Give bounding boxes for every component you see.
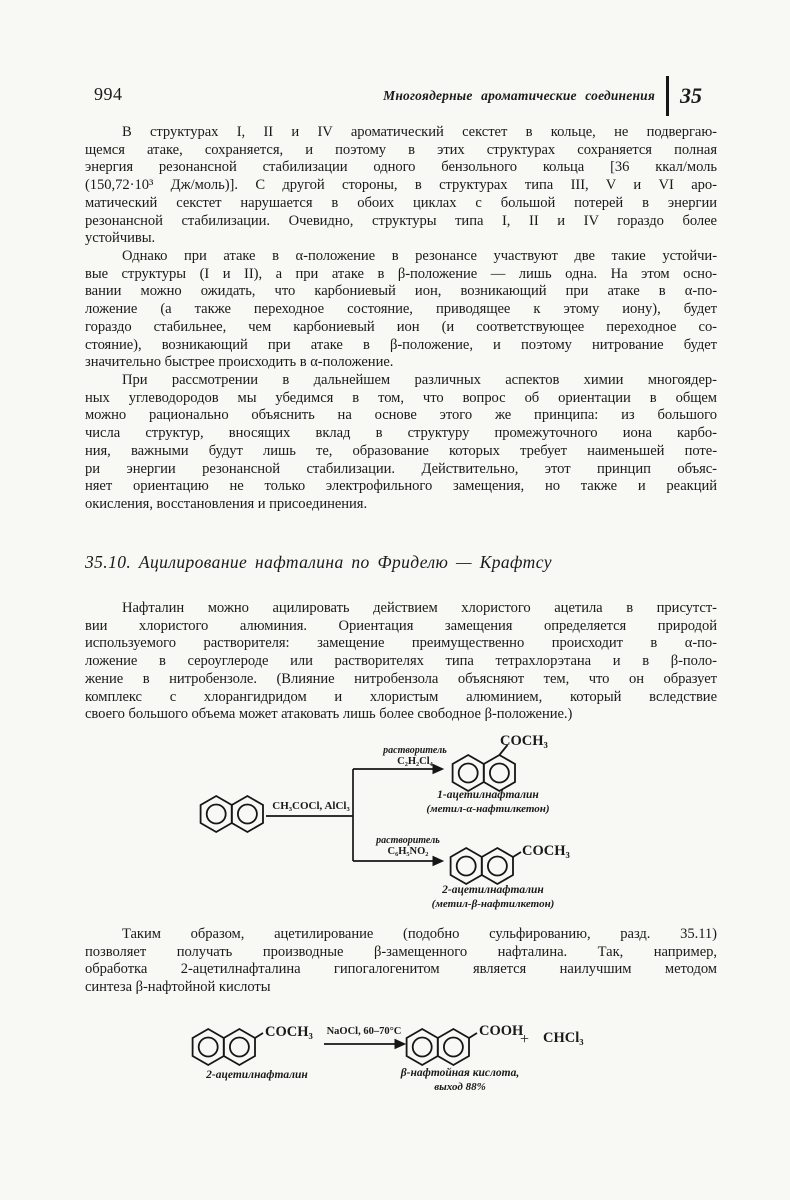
section-heading: 35.10. Ацилирование нафталина по Фриделю… (85, 552, 552, 573)
plus-sign: + (520, 1031, 529, 1049)
text-line: Таким образом, ацетилирование (подобно с… (85, 926, 717, 944)
product-name: 1-ацетилнафталин (418, 789, 558, 803)
running-head-title: Многоядерные ароматические соединения (383, 88, 655, 104)
solvent-label-bottom: растворитель C₆H₅NO₂ (365, 835, 451, 857)
text-line: При рассмотрении в дальнейшем различных … (85, 372, 717, 390)
text-line: энергия резонансной стабилизации одного … (85, 159, 717, 177)
substituent-formula: COCH₃ (500, 733, 548, 750)
text-line: обработка 2-ацетилнафталина гипогалогени… (85, 961, 717, 979)
text-line: Однако при атаке в α-положение в резонан… (85, 248, 717, 266)
running-head-divider (666, 76, 669, 116)
text-line: числа структур, вносящих вклад в структу… (85, 425, 717, 443)
reaction-arrow (322, 1030, 407, 1055)
text-line: вании можно ожидать, что карбониевый ион… (85, 283, 717, 301)
byproduct-formula: CHCl₃ (543, 1030, 584, 1047)
product-label-top: 1-ацетилнафталин (метил-α-нафтилкетон) (418, 789, 558, 816)
chapter-number: 35 (680, 83, 702, 109)
paragraph: Нафталин можно ацилировать действием хло… (85, 600, 717, 724)
substituent-formula: COCH₃ (522, 843, 570, 860)
text-line: окисления, восстановления и присоединени… (85, 496, 717, 514)
text-line: резонансной стабилизации. Очевидно, стру… (85, 213, 717, 231)
substituent-formula: COCH₃ (265, 1024, 313, 1041)
text-line: вии хлористого алюминия. Ориентация заме… (85, 618, 717, 636)
text-line: ния, важными будут лишь те, образование … (85, 443, 717, 461)
1-acetylnaphthalene-structure (452, 753, 516, 793)
text-line: можно рационально объяснить на основе эт… (85, 407, 717, 425)
text-line: своего большого объема может атаковать л… (85, 706, 717, 724)
reactant-name: 2-ацетилнафталин (184, 1069, 330, 1083)
product-synonym: (метил-α-нафтилкетон) (418, 803, 558, 817)
solvent-formula: C₂H₂Cl₄ (372, 756, 458, 767)
text-line: ных углеводородов мы убедимся в том, что… (85, 390, 717, 408)
product-label-bottom: 2-ацетилнафталин (метил-β-нафтилкетон) (418, 884, 568, 911)
paragraph: В структурах I, II и IV ароматический се… (85, 124, 717, 248)
running-head: Многоядерные ароматические соединения 35 (383, 76, 702, 116)
naphthoic-acid-structure (406, 1027, 470, 1067)
text-line: ложение в сероуглероде или растворителях… (85, 653, 717, 671)
substituent-formula: COOH (479, 1023, 523, 1040)
text-line: вые структуры (I и II), а при атаке в β-… (85, 266, 717, 284)
product-name: β-нафтойная кислота, (376, 1067, 544, 1081)
solvent-word: растворитель (365, 835, 451, 846)
solvent-formula: C₆H₅NO₂ (365, 846, 451, 857)
text-line: ложение (а также переходное состояние, п… (85, 301, 717, 319)
reagent-label: CH₃COCl, AlCl₃ (266, 800, 356, 812)
product-label: β-нафтойная кислота, выход 88% (376, 1067, 544, 1094)
text-line: Нафталин можно ацилировать действием хло… (85, 600, 717, 618)
text-line: устойчивы. (85, 230, 717, 248)
text-line: щемся атаке, сохраняется, и поэтому в эт… (85, 142, 717, 160)
product-synonym: (метил-β-нафтилкетон) (418, 898, 568, 912)
text-line: гораздо стабильнее, чем карбониевый ион … (85, 319, 717, 337)
paragraph: Однако при атаке в α-положение в резонан… (85, 248, 717, 372)
product-yield: выход 88% (376, 1081, 544, 1095)
text-line: матический секстет нарушается в обоих ци… (85, 195, 717, 213)
solvent-label-top: растворитель C₂H₂Cl₄ (372, 745, 458, 767)
paragraph: Таким образом, ацетилирование (подобно с… (85, 926, 717, 997)
text-line: позволяет получать производные β-замещен… (85, 944, 717, 962)
text-line: значительно быстрее происходить в α-поло… (85, 354, 717, 372)
reactant-label: 2-ацетилнафталин (184, 1069, 330, 1083)
text-line: В структурах I, II и IV ароматический се… (85, 124, 717, 142)
text-line: комплекс с хлорангидридом и хлористым ал… (85, 689, 717, 707)
text-line: используемого растворителя: замещение пр… (85, 635, 717, 653)
text-line: ри энергии резонансной стабилизации. Дей… (85, 461, 717, 479)
solvent-word: растворитель (372, 745, 458, 756)
book-page: 994 Многоядерные ароматические соединени… (0, 0, 790, 1200)
product-name: 2-ацетилнафталин (418, 884, 568, 898)
text-line: жение в нитробензоле. (Влияние нитробенз… (85, 671, 717, 689)
text-line: няет ориентацию не только электрофильног… (85, 478, 717, 496)
text-line: стояние), возникающий при атаке в β-поло… (85, 337, 717, 355)
text-line: (150,72·10³ Дж/моль)]. С другой стороны,… (85, 177, 717, 195)
2-acetylnaphthalene-structure (192, 1027, 256, 1067)
page-number: 994 (94, 84, 123, 105)
paragraph: При рассмотрении в дальнейшем различных … (85, 372, 717, 514)
text-line: синтеза β-нафтойной кислоты (85, 979, 717, 997)
2-acetylnaphthalene-structure (450, 846, 514, 886)
